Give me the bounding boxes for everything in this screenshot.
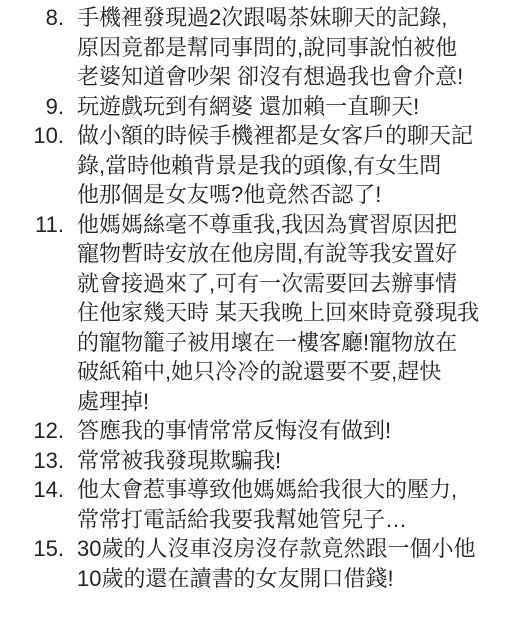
item-text: 答應我的事情常常反悔沒有做到!	[64, 416, 489, 446]
item-number: 11.	[0, 210, 64, 240]
item-text: 常常被我發現欺騙我!	[64, 446, 489, 476]
item-text: 手機裡發現過2次跟喝茶妹聊天的記錄, 原因竟都是幫同事問的,說同事說怕被他 老婆…	[64, 3, 489, 92]
list-item: 12. 答應我的事情常常反悔沒有做到!	[0, 416, 489, 446]
item-number: 9.	[0, 92, 64, 122]
item-text: 他太會惹事導致他媽媽給我很大的壓力, 常常打電話給我要我幫她管兒子…	[64, 475, 489, 534]
item-number: 15.	[0, 534, 64, 564]
list-item: 11. 他媽媽絲毫不尊重我,我因為實習原因把 寵物暫時安放在他房間,有說等我安置…	[0, 210, 489, 417]
list-item: 14. 他太會惹事導致他媽媽給我很大的壓力, 常常打電話給我要我幫她管兒子…	[0, 475, 489, 534]
post-text-list: 8. 手機裡發現過2次跟喝茶妹聊天的記錄, 原因竟都是幫同事問的,說同事說怕被他…	[0, 0, 509, 593]
item-number: 8.	[0, 3, 64, 33]
list-item: 9. 玩遊戲玩到有網婆 還加賴一直聊天!	[0, 92, 489, 122]
list-item: 15. 30歲的人沒車沒房沒存款竟然跟一個小他 10歲的還在讀書的女友開口借錢!	[0, 534, 489, 593]
item-number: 14.	[0, 475, 64, 505]
item-text: 30歲的人沒車沒房沒存款竟然跟一個小他 10歲的還在讀書的女友開口借錢!	[64, 534, 489, 593]
item-text: 做小額的時候手機裡都是女客戶的聊天記 錄,當時他賴背景是我的頭像,有女生問 他那…	[64, 121, 489, 210]
item-number: 13.	[0, 446, 64, 476]
item-number: 10.	[0, 121, 64, 151]
list-item: 10. 做小額的時候手機裡都是女客戶的聊天記 錄,當時他賴背景是我的頭像,有女生…	[0, 121, 489, 210]
item-number: 12.	[0, 416, 64, 446]
item-text: 他媽媽絲毫不尊重我,我因為實習原因把 寵物暫時安放在他房間,有說等我安置好 就會…	[64, 210, 489, 417]
list-item: 13. 常常被我發現欺騙我!	[0, 446, 489, 476]
list-item: 8. 手機裡發現過2次跟喝茶妹聊天的記錄, 原因竟都是幫同事問的,說同事說怕被他…	[0, 3, 489, 92]
item-text: 玩遊戲玩到有網婆 還加賴一直聊天!	[64, 92, 489, 122]
